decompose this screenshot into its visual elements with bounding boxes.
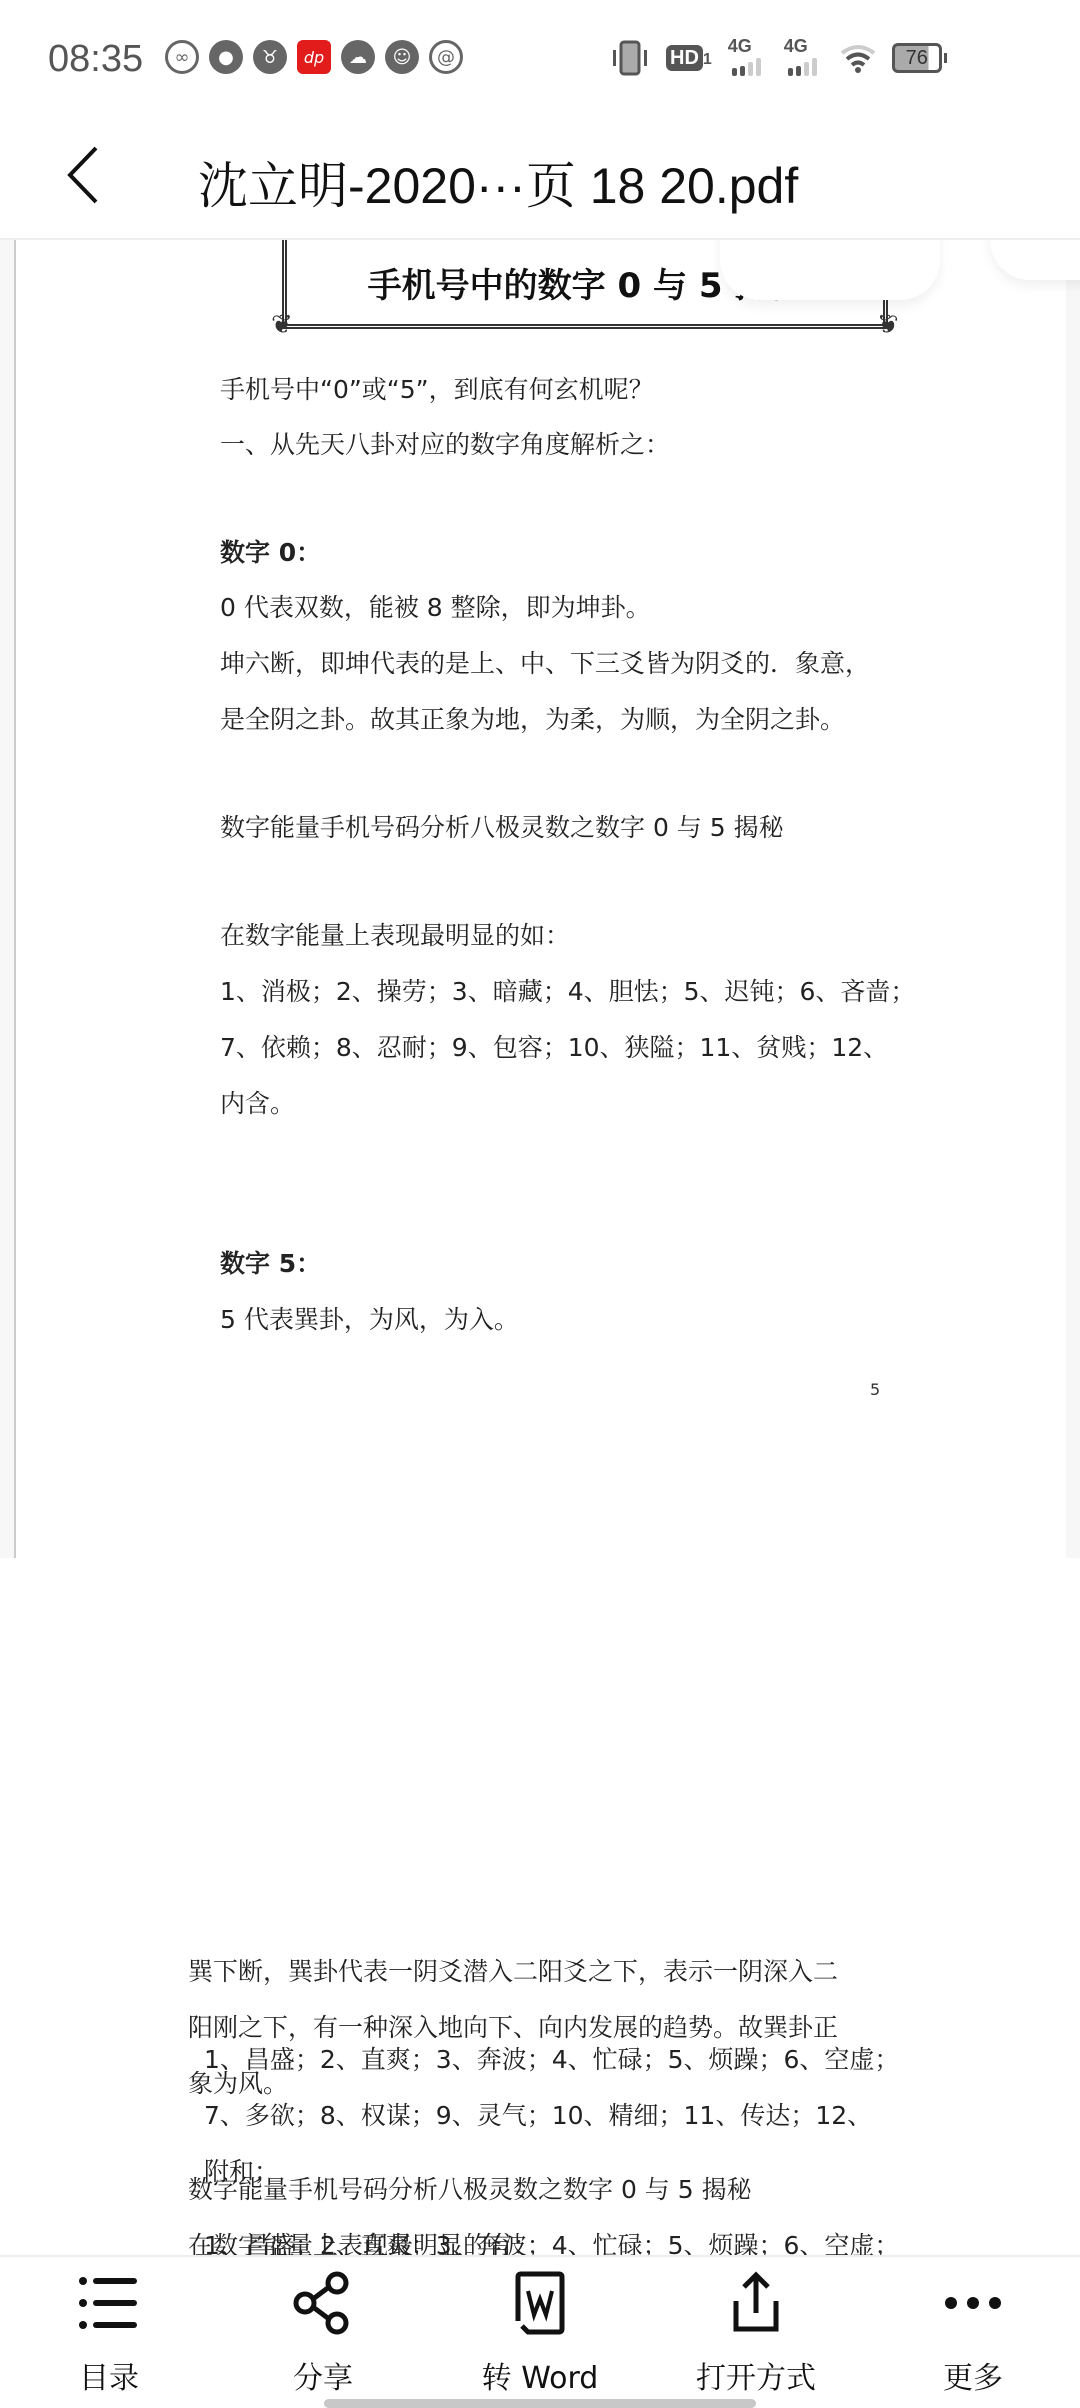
convert-word-button[interactable]: 转 Word — [460, 2271, 620, 2401]
paragraph: 内含。 — [220, 1084, 295, 1120]
bull-icon: ♉ — [253, 40, 287, 74]
word-convert-icon — [508, 2271, 572, 2335]
page-number: 5 — [870, 1380, 880, 1399]
home-indicator[interactable] — [324, 2399, 756, 2408]
paragraph: 5 代表巽卦，为风，为入。 — [220, 1300, 519, 1336]
hd-badge: HD1 — [666, 47, 712, 70]
document-title: 沈立明-2020···页 18 20.pdf — [198, 146, 798, 218]
list-icon — [77, 2271, 141, 2335]
paragraph: 7、多欲；8、权谋；9、灵气；10、精细；11、传达；12、 — [204, 2096, 872, 2132]
pdf-page-6: 巽下断，巽卦代表一阴爻潜入二阳爻之下，表示一阴深入二 阳刚之下，有一种深入地向下… — [0, 1558, 1080, 2255]
pdf-page-5: 手机号中的数字 0 与 5 揭秘 手机号中“0”或“5”，到底有何玄机呢？ 一、… — [14, 240, 1066, 1762]
signal-sim2-icon: 4G — [784, 40, 824, 76]
open-with-icon — [724, 2271, 788, 2335]
app-red-icon: dp — [297, 40, 331, 74]
paragraph: 手机号中“0”或“5”，到底有何玄机呢？ — [220, 370, 654, 406]
wechat-icon: ● — [209, 40, 243, 74]
link-icon: ∞ — [165, 40, 199, 74]
paragraph: 坤六断，即坤代表的是上、中、下三爻皆为阴爻的．象意， — [220, 644, 870, 680]
paragraph: 一、从先天八卦对应的数字角度解析之： — [220, 425, 670, 461]
paragraph: 巽下断，巽卦代表一阴爻潜入二阳爻之下，表示一阴深入二 — [188, 1952, 838, 1988]
notification-icons: ∞ ● ♉ dp ☁ ☺ @ — [165, 40, 463, 74]
signal-sim1-icon: 4G — [728, 40, 768, 76]
more-icon — [941, 2271, 1005, 2335]
paragraph: 是全阴之卦。故其正象为地，为柔，为顺，为全阴之卦。 — [220, 700, 845, 736]
section-heading: 数字 0： — [220, 533, 321, 569]
battery-icon: 76 — [892, 43, 942, 73]
title-bar: 沈立明-2020···页 18 20.pdf — [0, 120, 1080, 240]
paragraph: 1、昌盛；2、直爽；3、奔波；4、忙碌；5、烦躁；6、空虚； — [204, 2040, 899, 2076]
open-with-label: 打开方式 — [676, 2353, 836, 2397]
toc-label: 目录 — [29, 2353, 189, 2397]
paragraph: 0 代表双数，能被 8 整除，即为坤卦。 — [220, 588, 651, 624]
wifi-icon — [840, 43, 876, 73]
cartoon-icon: ☺ — [385, 40, 419, 74]
section-heading: 数字 5： — [220, 1244, 321, 1280]
paragraph: 在数字能量上表现最明显的如： — [220, 916, 570, 952]
swirl-icon: @ — [429, 40, 463, 74]
paragraph: 1、昌盛；2、直爽；3、奔波；4、忙碌；5、烦躁；6、空虚； — [204, 2226, 899, 2255]
status-bar: 08:35 ∞ ● ♉ dp ☁ ☺ @ HD1 4G 4G 76 — [0, 0, 1080, 120]
paragraph: 7、依赖；8、忍耐；9、包容；10、狭隘；11、贫贱；12、 — [220, 1028, 888, 1064]
toc-button[interactable]: 目录 — [29, 2271, 189, 2401]
open-with-button[interactable]: 打开方式 — [676, 2271, 836, 2401]
paragraph: 1、消极；2、操劳；3、暗藏；4、胆怯；5、迟钝；6、吝啬； — [220, 972, 915, 1008]
overlay-ghost-button — [720, 240, 940, 300]
bottom-toolbar: 目录 分享 转 Word 打开方式 更多 — [0, 2255, 1080, 2408]
paragraph: 数字能量手机号码分析八极灵数之数字 0 与 5 揭秘 — [220, 808, 784, 844]
paragraph: 阳刚之下，有一种深入地向下、向内发展的趋势。故巽卦正 — [188, 2008, 838, 2044]
more-label: 更多 — [893, 2353, 1053, 2397]
cloud-icon: ☁ — [341, 40, 375, 74]
back-button[interactable] — [58, 140, 118, 210]
pdf-viewer[interactable]: 手机号中的数字 0 与 5 揭秘 手机号中“0”或“5”，到底有何玄机呢？ 一、… — [0, 240, 1080, 2255]
share-button[interactable]: 分享 — [243, 2271, 403, 2401]
chevron-left-icon — [58, 140, 118, 210]
more-button[interactable]: 更多 — [893, 2271, 1053, 2401]
vibrate-icon — [610, 40, 650, 76]
system-status: HD1 4G 4G 76 — [610, 40, 942, 76]
convert-word-label: 转 Word — [460, 2353, 620, 2397]
share-label: 分享 — [243, 2353, 403, 2397]
paragraph: 附和； — [204, 2152, 279, 2188]
status-time: 08:35 — [48, 38, 143, 81]
share-icon — [291, 2271, 355, 2335]
